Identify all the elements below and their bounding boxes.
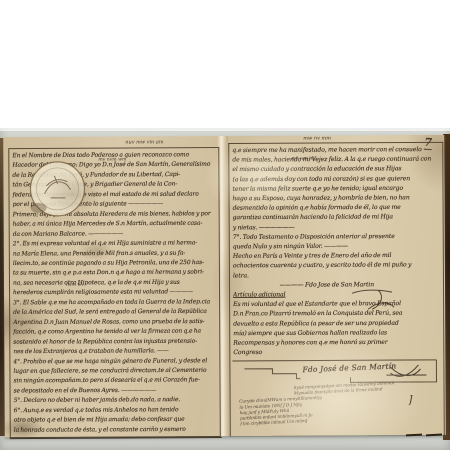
embossed-seal-icon bbox=[27, 159, 87, 219]
manuscript-paper: En el Nombre de Dios todo Poderoso a qui… bbox=[3, 135, 446, 437]
manuscript-line-right: (a las q.e además doy con todo mi corazó… bbox=[232, 174, 440, 185]
manuscript-line-right: de mis males, haciendo mi Vejez feliz. A… bbox=[232, 155, 440, 166]
ink-dashes bbox=[406, 434, 422, 437]
manuscript-line-left: 2°. Es mi expresa voluntad el q.e mi Hij… bbox=[13, 238, 216, 249]
screenshot-root: En el Nombre de Dios todo Poderoso a qui… bbox=[0, 0, 450, 450]
interlinear-scribble: nuv mw vm am bbox=[125, 139, 163, 145]
notarial-notes: Syné mmyompolyni om moitte Rawdmy dommot… bbox=[239, 378, 439, 434]
interlinear-scribble: mw nv mm bbox=[303, 135, 331, 141]
manuscript-line-left: ta su muerte, sin q.e p.a esta Don.n q.e… bbox=[13, 268, 216, 279]
bottom-border-rule bbox=[10, 437, 222, 439]
manuscript-line-right: Congreso bbox=[233, 347, 441, 358]
manuscript-line-left: haber, a mi única Hija Mercedes de S.n M… bbox=[13, 219, 216, 230]
framed-photo: En el Nombre de Dios todo Poderoso a qui… bbox=[0, 128, 450, 450]
manuscript-line-left: la honrada conducta de ésta, y el consta… bbox=[14, 424, 217, 435]
manuscript-line-right: ochocientos cuarenta y cuatro, y escrito… bbox=[233, 260, 441, 271]
manuscript-line-right: hago a su Esposo, cuya honradez, y hombr… bbox=[233, 193, 441, 204]
right-page-text: q.e siempre me ha manifestado, me hacen … bbox=[232, 145, 441, 358]
right-page: q.e siempre me ha manifestado, me hacen … bbox=[228, 142, 445, 437]
manuscript-line-left: sostenido el honor de la República contr… bbox=[13, 336, 216, 347]
manuscript-line-left: sin ningún acompañam.to pero sí desearía… bbox=[13, 375, 216, 386]
manuscript-document: En el Nombre de Dios todo Poderoso a qui… bbox=[0, 134, 450, 446]
mid-signature-rubric-icon bbox=[348, 287, 396, 313]
